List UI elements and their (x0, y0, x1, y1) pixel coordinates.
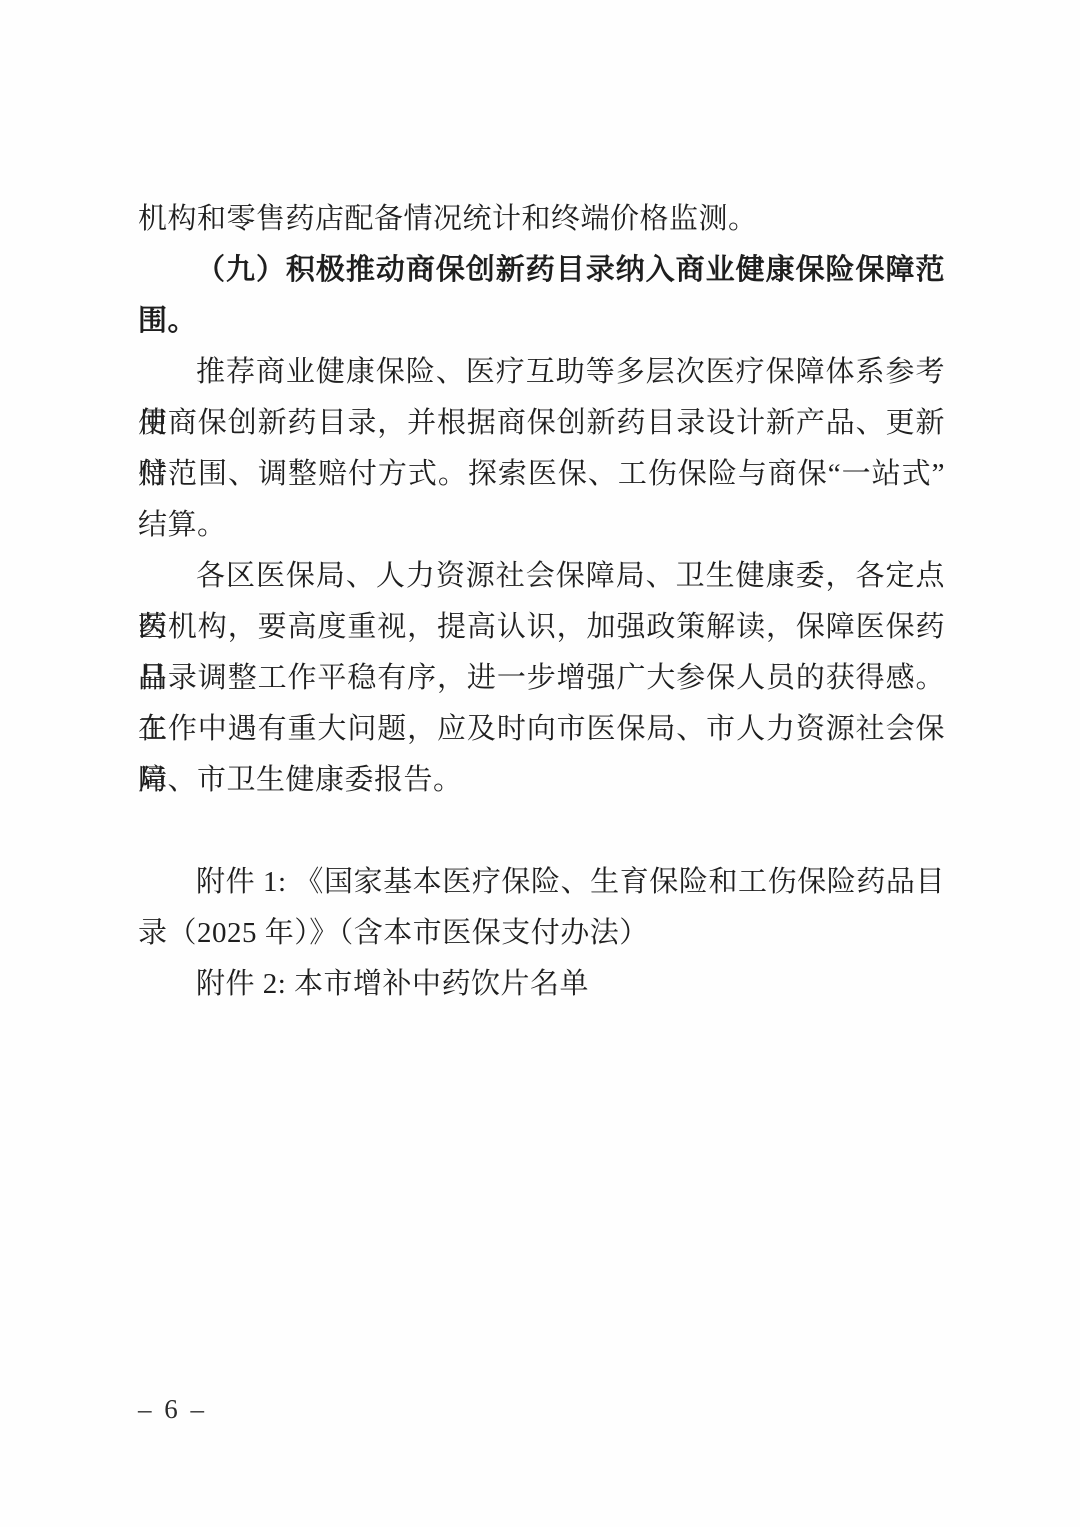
paragraph-line: 推荐商业健康保险、医疗互助等多层次医疗保障体系参考使 (138, 347, 945, 398)
attachment-line-2: 附件 2: 本市增补中药饮片名单 (138, 959, 945, 1010)
attachment-line-1-cont: 录（2025 年）》（含本市医保支付办法） (138, 908, 945, 959)
paragraph-line: 各区医保局、人力资源社会保障局、卫生健康委，各定点医 (138, 551, 945, 602)
document-body: 机构和零售药店配备情况统计和终端价格监测。 （九）积极推动商保创新药目录纳入商业… (138, 194, 945, 1010)
paragraph-line: 药机构，要高度重视，提高认识，加强政策解读，保障医保药品 (138, 602, 945, 653)
section-heading-line-1: （九）积极推动商保创新药目录纳入商业健康保险保障范 (138, 245, 945, 296)
page-number: – 6 – (138, 1392, 207, 1426)
attachment-line-1: 附件 1: 《国家基本医疗保险、生育保险和工伤保险药品目 (138, 857, 945, 908)
paragraph-line: 目录调整工作平稳有序，进一步增强广大参保人员的获得感。在 (138, 653, 945, 704)
paragraph-line: 局、市卫生健康委报告。 (138, 755, 945, 806)
paragraph-line: 付范围、调整赔付方式。探索医保、工伤保险与商保“一站式” (138, 449, 945, 500)
section-heading-line-2: 围。 (138, 296, 945, 347)
document-page: 机构和零售药店配备情况统计和终端价格监测。 （九）积极推动商保创新药目录纳入商业… (0, 0, 1080, 1527)
paragraph-line: 结算。 (138, 500, 945, 551)
paragraph-line: 机构和零售药店配备情况统计和终端价格监测。 (138, 194, 945, 245)
paragraph-line: 工作中遇有重大问题，应及时向市医保局、市人力资源社会保障 (138, 704, 945, 755)
paragraph-gap (138, 806, 945, 857)
paragraph-line: 用商保创新药目录，并根据商保创新药目录设计新产品、更新赔 (138, 398, 945, 449)
